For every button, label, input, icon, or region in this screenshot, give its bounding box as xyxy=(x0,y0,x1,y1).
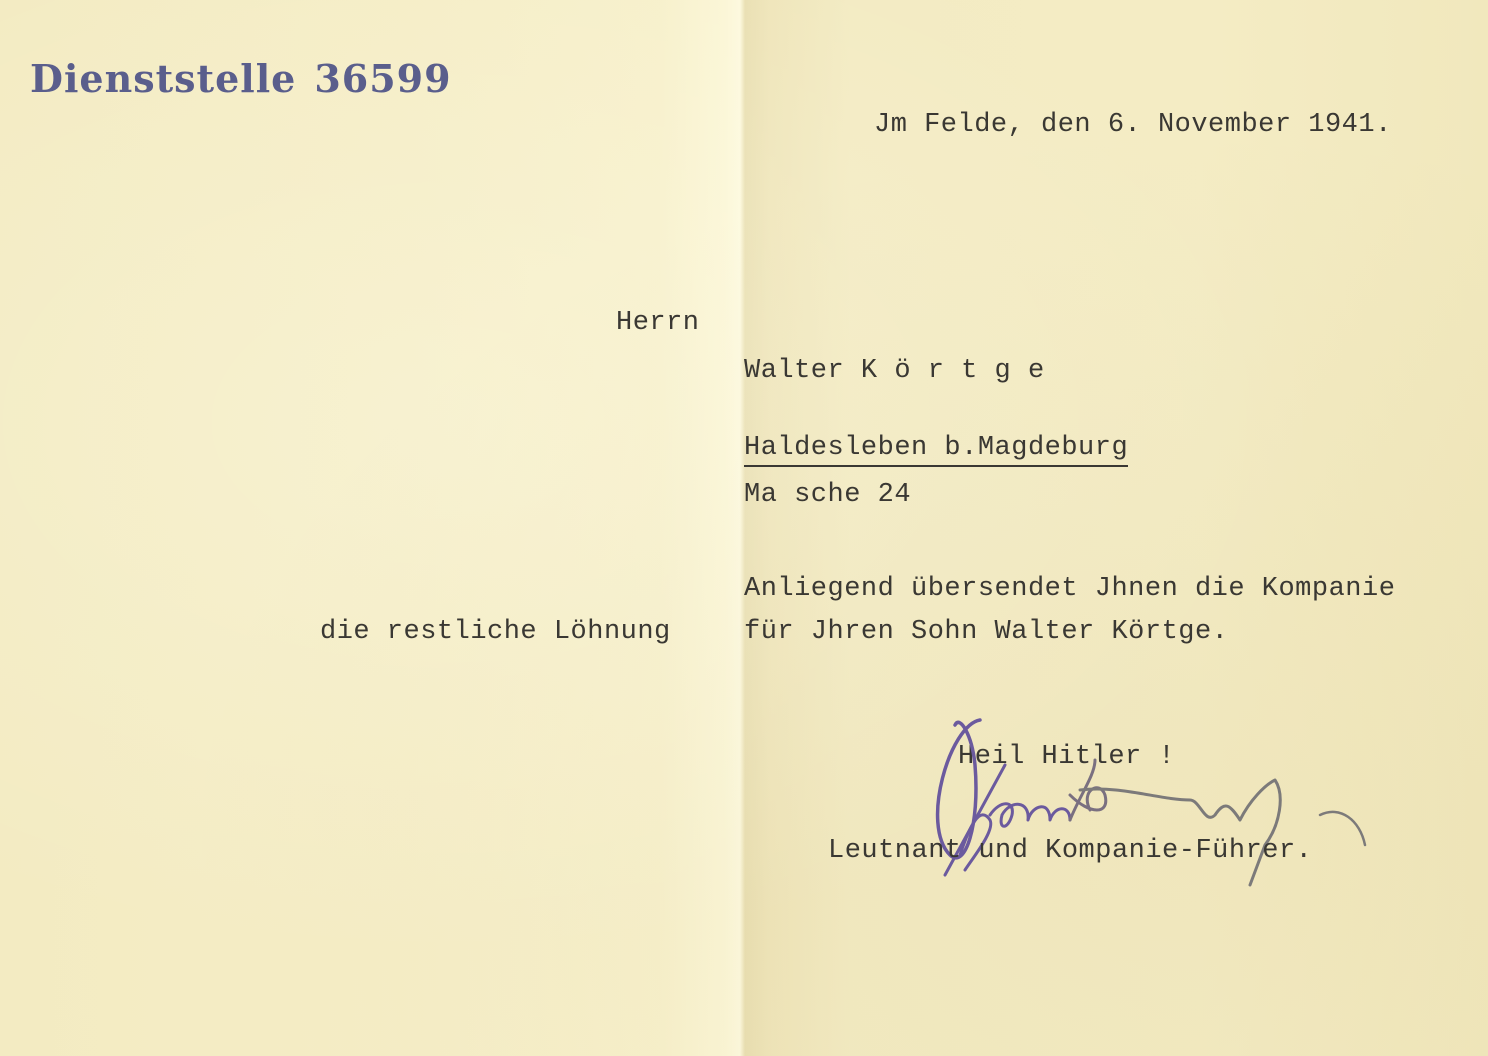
recipient-city: Haldesleben b.Magdeburg xyxy=(744,433,1128,467)
dateline: Jm Felde, den 6. November 1941. xyxy=(874,110,1392,140)
recipient-salutation: Herrn xyxy=(616,308,700,338)
signature-icon xyxy=(920,705,1380,905)
body-line-2-right: für Jhren Sohn Walter Körtge. xyxy=(744,617,1228,647)
body-line-2-left: die restliche Löhnung xyxy=(320,617,671,647)
recipient-name: Walter K ö r t g e xyxy=(744,356,1045,386)
signer-title: Leutnant und Kompanie-Führer. xyxy=(828,836,1312,866)
stamp-number: 36599 xyxy=(314,56,451,101)
recipient-street: Ma sche 24 xyxy=(744,480,911,510)
stamp-text: Dienststelle xyxy=(30,56,296,101)
letterhead-stamp: Dienststelle36599 xyxy=(30,56,452,101)
body-line-1: Anliegend übersendet Jhnen die Kompanie xyxy=(744,574,1395,604)
